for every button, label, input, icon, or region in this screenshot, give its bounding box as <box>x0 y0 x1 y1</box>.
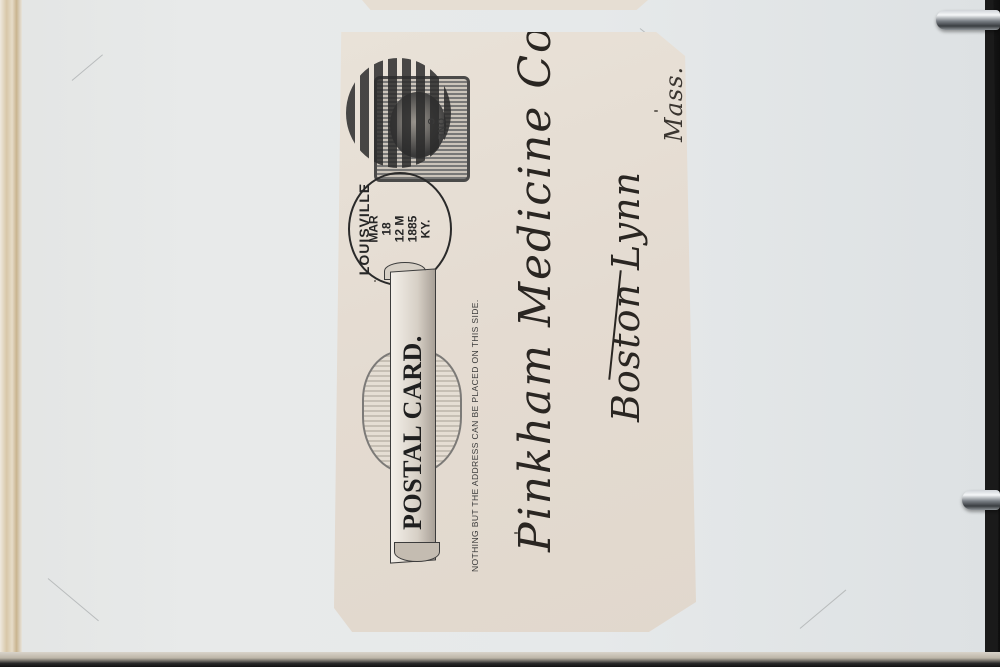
postal-card: ONE C LOUISVILLE MAR 18 12 M 1885 KY. PO… <box>334 32 696 632</box>
album-page-bottom-edge <box>0 652 1000 667</box>
postal-card-title: POSTAL CARD. <box>398 335 428 530</box>
binder-ring-top <box>936 10 1000 30</box>
stamp: ONE C <box>346 58 478 186</box>
ink-speck <box>514 532 518 534</box>
address-line-state: Mass. <box>660 66 688 142</box>
address-line-addressee: Pinkham Medicine Co. <box>510 9 561 552</box>
address-line-city: Boston Lynn <box>604 171 648 422</box>
address-side-notice: NOTHING BUT THE ADDRESS CAN BE PLACED ON… <box>470 299 480 572</box>
binder-ring-bottom <box>962 490 1000 510</box>
album-page-edge <box>0 0 22 667</box>
ink-speck <box>374 280 376 282</box>
stamp-denomination: ONE C <box>426 118 446 150</box>
adjacent-card-edge <box>362 0 648 10</box>
ink-speck <box>654 110 658 112</box>
postmark-date: MAR 18 12 M 1885 KY. <box>368 215 433 242</box>
postmark-state: KY. <box>420 215 433 242</box>
banner-curl-bottom <box>394 542 440 562</box>
cancellation-bars-icon <box>346 58 451 168</box>
